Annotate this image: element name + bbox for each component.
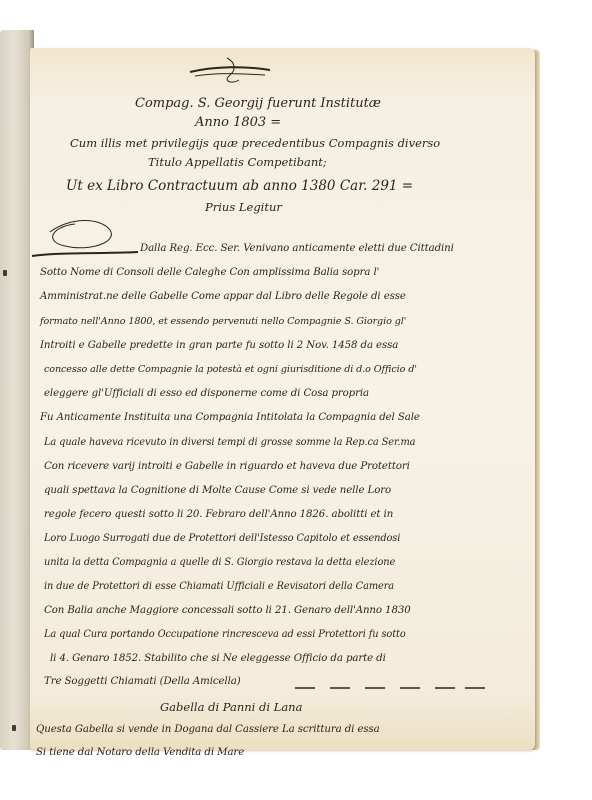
heading-line: Cum illis met privilegijs quæ precedenti… <box>70 136 440 150</box>
body-line: Loro Luogo Surrogati due de Protettori d… <box>44 533 400 544</box>
body-line: Fu Anticamente Instituita una Compagnia … <box>40 412 420 423</box>
cover-stain <box>3 270 7 276</box>
initial-letter-flourish-icon <box>30 212 140 262</box>
body-line: Con ricevere varij introiti e Gabelle in… <box>44 461 410 472</box>
body-line: formato nell'Anno 1800, et essendo perve… <box>40 316 406 327</box>
heading-line: Anno 1803 = <box>195 115 281 130</box>
body-line: Introiti e Gabelle predette in gran part… <box>40 340 398 351</box>
heading-line: Titulo Appellatis Competibant; <box>148 155 327 169</box>
ornamental-flourish-icon <box>185 56 275 86</box>
body-line: Tre Soggetti Chiamati (Della Amicella) <box>44 676 241 687</box>
body-line: eleggere gl'Ufficiali di esso ed dispone… <box>44 388 369 399</box>
body-line: Sotto Nome di Consoli delle Caleghe Con … <box>40 267 379 278</box>
body-line: unita la detta Compagnia a quelle di S. … <box>44 557 395 568</box>
cover-stain <box>12 725 16 731</box>
body-line: li 4. Genaro 1852. Stabilito che si Ne e… <box>50 653 386 664</box>
manuscript-page: Compag. S. Georgij fuerunt Institutæ Ann… <box>30 48 535 750</box>
section-subheading: Gabella di Panni di Lana <box>160 700 302 714</box>
book-cover-board <box>0 30 34 750</box>
body-line: La qual Cura portando Occupatione rincre… <box>44 629 406 640</box>
closing-line: Questa Gabella si vende in Dogana dal Ca… <box>36 724 380 735</box>
heading-line: Ut ex Libro Contractuum ab anno 1380 Car… <box>66 178 413 194</box>
body-line: concesso alle dette Compagnie la potestà… <box>44 364 417 375</box>
heading-line: Compag. S. Georgij fuerunt Institutæ <box>135 96 381 111</box>
body-line: regole fecero questi sotto li 20. Febrar… <box>44 509 393 520</box>
body-line: La quale haveva ricevuto in diversi temp… <box>44 437 415 448</box>
body-line: quali spettava la Cognitione di Molte Ca… <box>44 485 391 496</box>
body-line: Con Balia anche Maggiore concessali sott… <box>44 605 411 616</box>
body-line: in due de Protettori di esse Chiamati Uf… <box>44 581 394 592</box>
heading-line: Prius Legitur <box>205 200 282 214</box>
line-filler-dashes-icon <box>295 684 485 692</box>
body-line: Amministrat.ne delle Gabelle Come appar … <box>40 291 406 302</box>
body-line: Dalla Reg. Ecc. Ser. Venivano anticament… <box>140 243 454 254</box>
closing-line: Si tiene dal Notaro della Vendita di Mar… <box>36 747 244 758</box>
